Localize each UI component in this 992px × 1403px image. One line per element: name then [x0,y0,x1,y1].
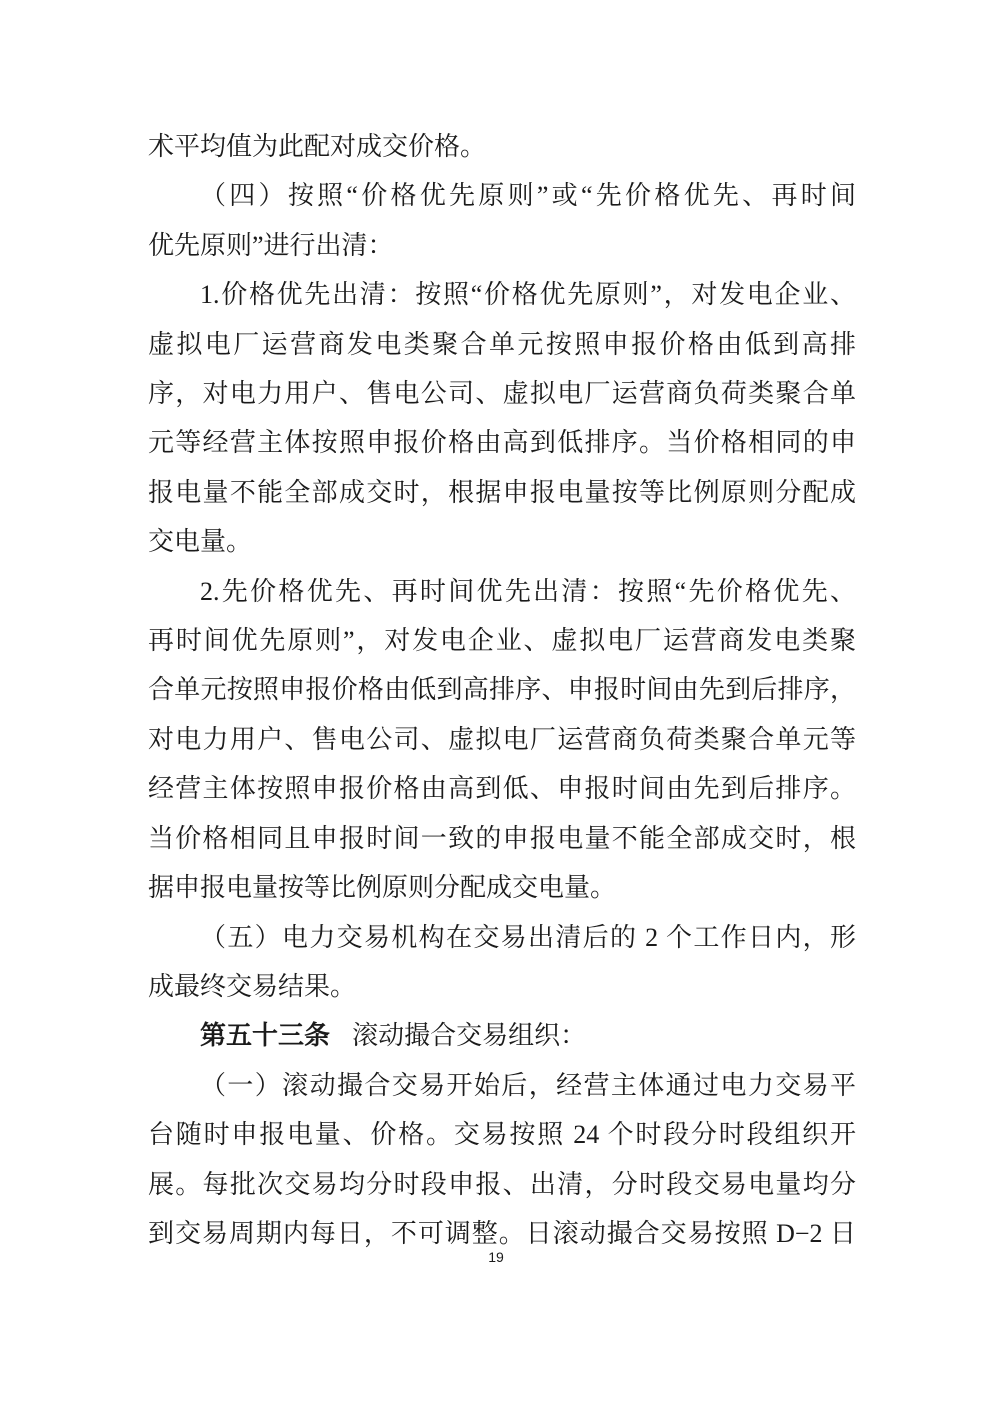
line-text: 交电量。 [148,527,252,556]
text-line: 优先原则”进行出清： [148,221,856,270]
line-text: 虚拟电厂运营商发电类聚合单元按照申报价格由低到高排 [148,330,856,359]
line-text: 到交易周期内每日，不可调整。日滚动撮合交易按照 D−2 日 [148,1219,856,1248]
line-text: 当价格相同且申报时间一致的申报电量不能全部成交时，根 [148,824,856,853]
article-heading-line: 第五十三条滚动撮合交易组织： [148,1011,856,1060]
document-page: 术平均值为此配对成交价格。 （四）按照“价格优先原则”或“先价格优先、再时间 优… [0,0,992,1403]
text-line: （五）电力交易机构在交易出清后的 2 个工作日内，形 [148,913,856,962]
text-line: 合单元按照申报价格由低到高排序、申报时间由先到后排序， [148,665,856,714]
text-line: 序，对电力用户、售电公司、虚拟电厂运营商负荷类聚合单 [148,369,856,418]
article-number: 第五十三条 [200,1021,330,1050]
line-text: （一）滚动撮合交易开始后，经营主体通过电力交易平 [200,1071,856,1100]
line-text: 合单元按照申报价格由低到高排序、申报时间由先到后排序， [148,675,856,704]
line-text: （四）按照“价格优先原则”或“先价格优先、再时间 [200,181,856,210]
text-line: 交电量。 [148,517,856,566]
text-line: 1.价格优先出清：按照“价格优先原则”，对发电企业、 [148,270,856,319]
text-line: 虚拟电厂运营商发电类聚合单元按照申报价格由低到高排 [148,320,856,369]
line-text: 据申报电量按等比例原则分配成交电量。 [148,873,616,902]
text-line: 当价格相同且申报时间一致的申报电量不能全部成交时，根 [148,814,856,863]
text-line: 元等经营主体按照申报价格由高到低排序。当价格相同的申 [148,418,856,467]
line-text: 2.先价格优先、再时间优先出清：按照“先价格优先、 [200,577,856,606]
line-text: 经营主体按照申报价格由高到低、申报时间由先到后排序。 [148,774,856,803]
line-text: 再时间优先原则”，对发电企业、虚拟电厂运营商发电类聚 [148,626,856,655]
line-text: 报电量不能全部成交时，根据申报电量按等比例原则分配成 [148,478,856,507]
text-line: 对电力用户、售电公司、虚拟电厂运营商负荷类聚合单元等 [148,715,856,764]
text-line: 术平均值为此配对成交价格。 [148,122,856,171]
line-text: 成最终交易结果。 [148,972,356,1001]
page-number: 19 [488,1249,504,1265]
document-body: 术平均值为此配对成交价格。 （四）按照“价格优先原则”或“先价格优先、再时间 优… [148,122,856,1258]
line-text: 元等经营主体按照申报价格由高到低排序。当价格相同的申 [148,428,856,457]
line-text: 对电力用户、售电公司、虚拟电厂运营商负荷类聚合单元等 [148,725,856,754]
line-text: 序，对电力用户、售电公司、虚拟电厂运营商负荷类聚合单 [148,379,856,408]
text-line: 经营主体按照申报价格由高到低、申报时间由先到后排序。 [148,764,856,813]
text-line: 展。每批次交易均分时段申报、出清，分时段交易电量均分 [148,1160,856,1209]
line-text: 展。每批次交易均分时段申报、出清，分时段交易电量均分 [148,1170,856,1199]
line-text: 优先原则”进行出清： [148,231,394,260]
text-line: （一）滚动撮合交易开始后，经营主体通过电力交易平 [148,1061,856,1110]
text-line: 2.先价格优先、再时间优先出清：按照“先价格优先、 [148,567,856,616]
text-line: 报电量不能全部成交时，根据申报电量按等比例原则分配成 [148,468,856,517]
line-text: 1.价格优先出清：按照“价格优先原则”，对发电企业、 [200,280,856,309]
line-text: （五）电力交易机构在交易出清后的 2 个工作日内，形 [200,923,856,952]
page-footer: 19 [0,1249,992,1267]
article-title: 滚动撮合交易组织： [352,1021,586,1050]
text-line: 台随时申报电量、价格。交易按照 24 个时段分时段组织开 [148,1110,856,1159]
text-line: 成最终交易结果。 [148,962,856,1011]
line-text: 台随时申报电量、价格。交易按照 24 个时段分时段组织开 [148,1120,856,1149]
text-line: 据申报电量按等比例原则分配成交电量。 [148,863,856,912]
text-line: （四）按照“价格优先原则”或“先价格优先、再时间 [148,171,856,220]
line-text: 术平均值为此配对成交价格。 [148,132,486,161]
text-line: 再时间优先原则”，对发电企业、虚拟电厂运营商发电类聚 [148,616,856,665]
